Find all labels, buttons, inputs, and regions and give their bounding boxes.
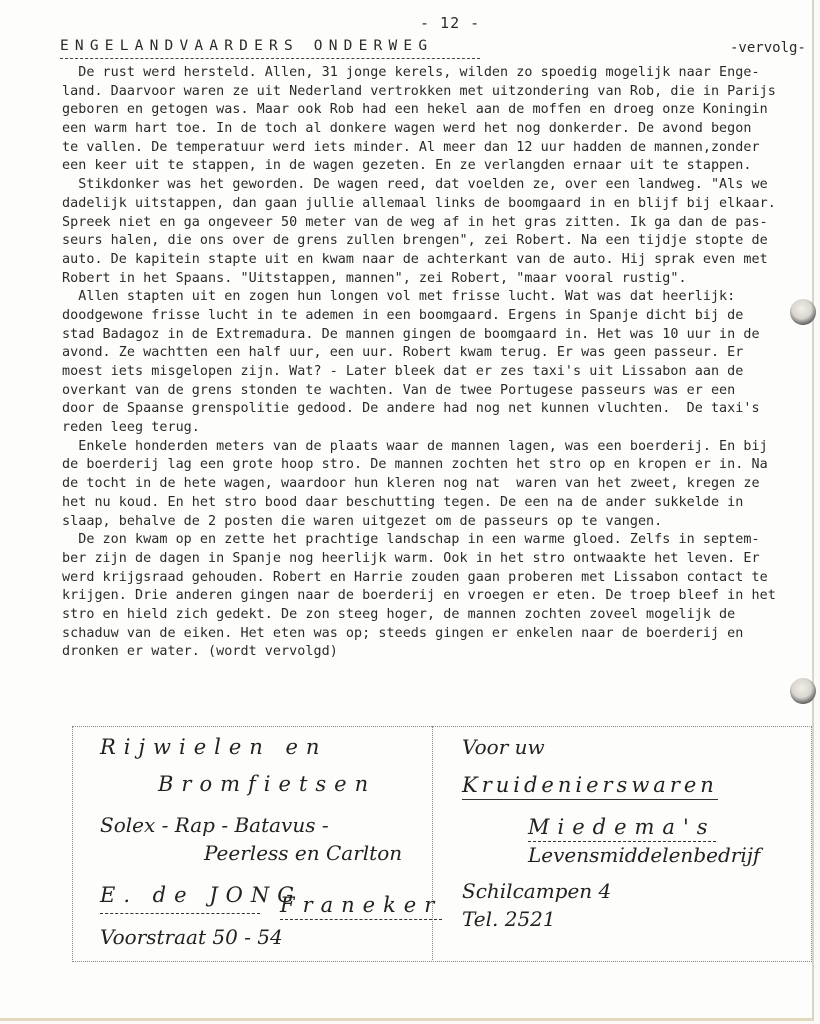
article-line: Spreek niet en ga ongeveer 50 meter van …: [62, 214, 820, 233]
title-underline: [60, 58, 480, 59]
ad-line: Peerless en Carlton: [204, 841, 402, 865]
article-line: werd krijgsraad gehouden. Robert en Harr…: [62, 569, 820, 588]
article-line: Stikdonker was het geworden. De wagen re…: [62, 176, 820, 195]
ad-address: Schilcampen 4: [462, 879, 611, 903]
page-number: - 12 -: [420, 14, 480, 32]
advertisement-de-jong: Rijwielen en Bromfietsen Solex - Rap - B…: [100, 735, 430, 955]
article-line: Enkele honderden meters van de plaats wa…: [62, 438, 820, 457]
ad-line: Levensmiddelenbedrijf: [528, 843, 760, 867]
article-line: stro en hield zich gedekt. De zon steeg …: [62, 606, 820, 625]
article-line: door de Spaanse grenspolitie gedood. De …: [62, 400, 820, 419]
article-line: een warm hart toe. In de toch al donkere…: [62, 120, 820, 139]
article-line: moest iets misgelopen zijn. Wat? - Later…: [62, 363, 820, 382]
article-line: dadelijk uitstappen, dan gaan jullie all…: [62, 195, 820, 214]
article-line: de boerderij lag een grote hoop stro. De…: [62, 456, 820, 475]
advertisement-miedema: Voor uw Kruidenierswaren Miedema's Leven…: [462, 735, 802, 955]
advertisement-divider: [432, 726, 433, 960]
article-line: de tocht in de hete wagen, waardoor hun …: [62, 475, 820, 494]
article-body: De rust werd hersteld. Allen, 31 jonge k…: [62, 64, 820, 662]
article-line: stad Badagoz in de Extremadura. De manne…: [62, 326, 820, 345]
ad-shop-name: E. de JONG: [100, 883, 302, 907]
article-title: ENGELANDVAARDERS ONDERWEG: [60, 38, 433, 54]
article-line: doodgewone frisse lucht in te ademen in …: [62, 307, 820, 326]
article-line: ber zijn de dagen in Spanje nog heerlijk…: [62, 550, 820, 569]
document-page: - 12 - ENGELANDVAARDERS ONDERWEG -vervol…: [0, 0, 814, 1021]
ad-line: Kruidenierswaren: [462, 773, 718, 800]
article-line: te vallen. De temperatuur werd iets mind…: [62, 139, 820, 158]
article-line: De zon kwam op en zette het prachtige la…: [62, 531, 820, 550]
article-line: overkant van de grens stonden te wachten…: [62, 382, 820, 401]
ad-address: Voorstraat 50 - 54: [100, 925, 283, 949]
ad-line: Bromfietsen: [158, 772, 376, 796]
article-line: het nu koud. En het stro bood daar besch…: [62, 494, 820, 513]
article-line: geboren en getogen was. Maar ook Rob had…: [62, 101, 820, 120]
article-line: land. Daarvoor waren ze uit Nederland ve…: [62, 83, 820, 102]
ad-line: Voor uw: [462, 735, 545, 759]
article-line: auto. De kapitein stapte uit en kwam naa…: [62, 251, 820, 270]
ad-town: Franeker: [280, 893, 442, 920]
ad-line: Solex - Rap - Batavus -: [100, 813, 329, 837]
punch-hole-icon: [790, 299, 816, 325]
article-line: een keer uit te stappen, in de wagen gez…: [62, 157, 820, 176]
ad-shop-name: Miedema's: [528, 815, 716, 842]
continuation-label: -vervolg-: [730, 40, 806, 56]
article-line: avond. Ze wachtten een half uur, een uur…: [62, 344, 820, 363]
article-line: slaap, behalve de 2 posten die waren uit…: [62, 513, 820, 532]
article-line: Robert in het Spaans. "Uitstappen, manne…: [62, 270, 820, 289]
article-line: seurs halen, die ons over de grens zulle…: [62, 232, 820, 251]
dashed-line: [100, 913, 260, 914]
punch-hole-icon: [790, 678, 816, 704]
article-line: dronken er water. (wordt vervolgd): [62, 643, 820, 662]
article-line: schaduw van de eiken. Het eten was op; s…: [62, 625, 820, 644]
article-line: De rust werd hersteld. Allen, 31 jonge k…: [62, 64, 820, 83]
article-line: Allen stapten uit en zogen hun longen vo…: [62, 288, 820, 307]
ad-phone: Tel. 2521: [462, 907, 556, 931]
article-line: reden leeg terug.: [62, 419, 820, 438]
article-line: krijgen. Drie anderen gingen naar de boe…: [62, 587, 820, 606]
ad-line: Rijwielen en: [100, 735, 327, 759]
